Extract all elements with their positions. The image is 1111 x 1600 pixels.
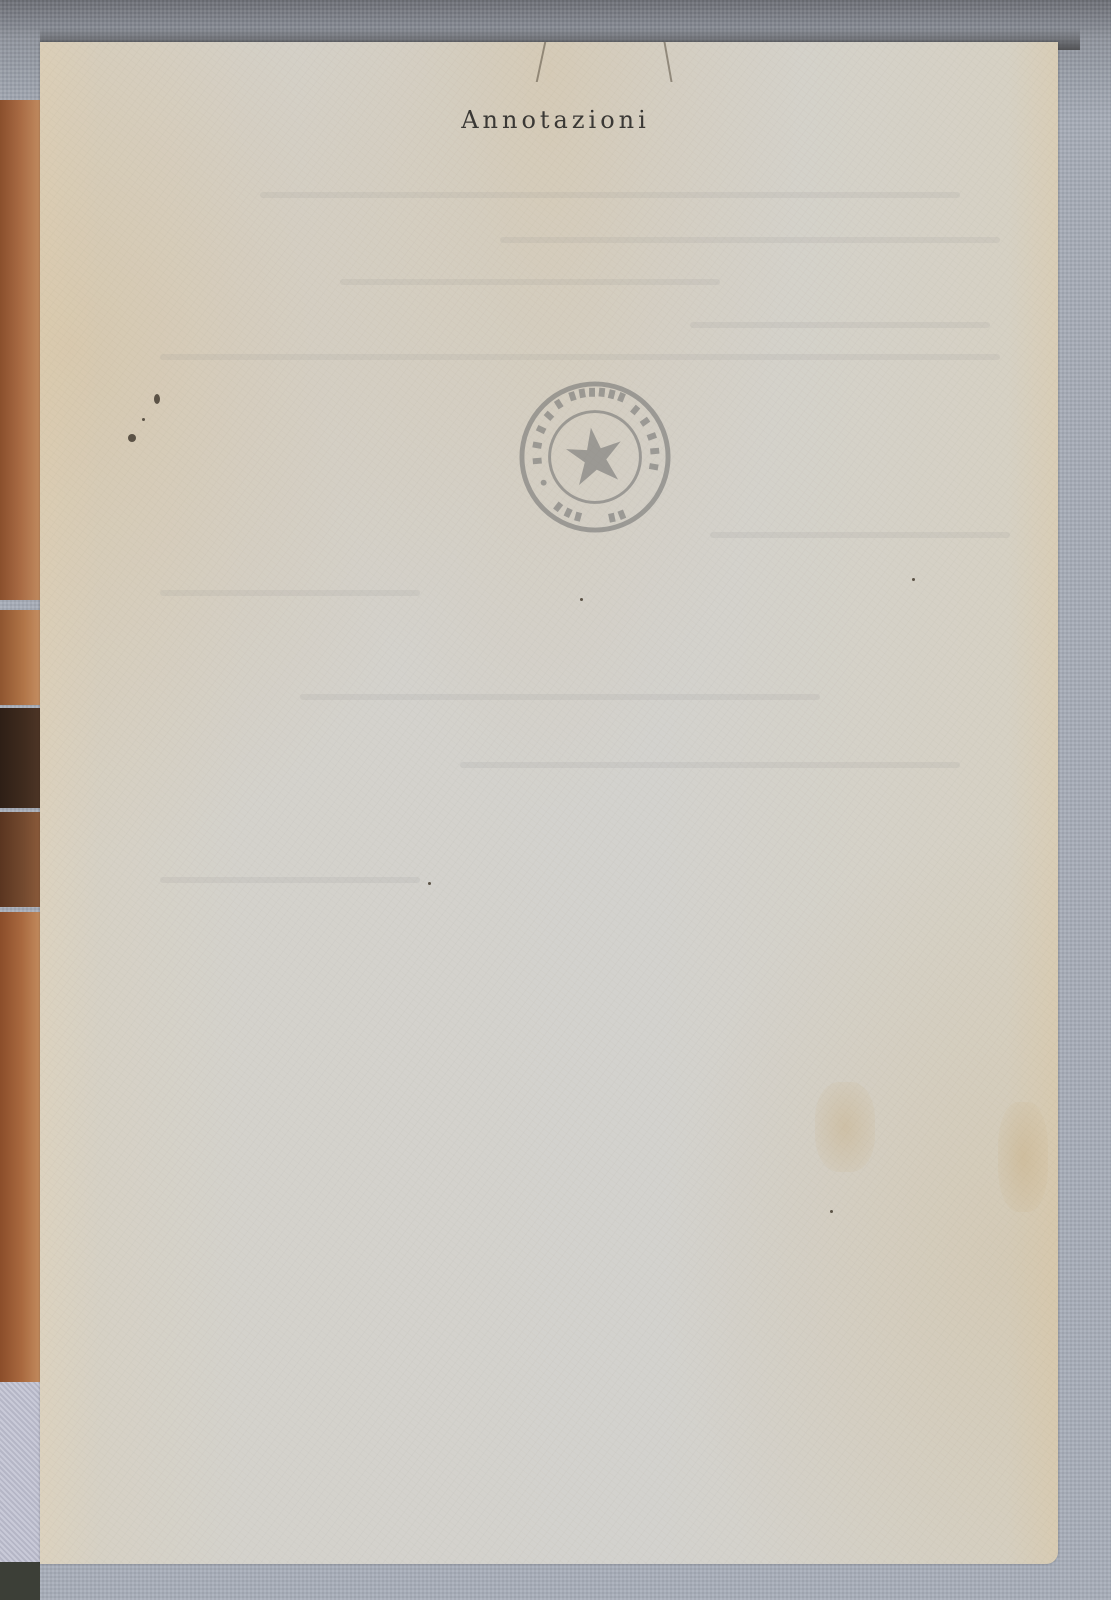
water-stain (998, 1102, 1048, 1212)
page-heading: Annotazioni (0, 106, 1111, 134)
paper-texture (40, 42, 1058, 1564)
bleed-through-line (160, 877, 420, 883)
stamp-graphic (516, 378, 674, 536)
bleed-through-line (460, 762, 960, 768)
dark-corner (0, 1562, 40, 1600)
book-spine (0, 812, 40, 907)
bleed-through-line (160, 354, 1000, 360)
bleed-through-line (340, 279, 720, 285)
bleed-through-line (260, 192, 960, 198)
bleed-through-line (710, 532, 1010, 538)
ink-speck (142, 418, 145, 421)
ink-speck (830, 1210, 833, 1213)
ink-speck (912, 578, 915, 581)
bleed-through-line (160, 590, 420, 596)
ink-speck (128, 434, 136, 442)
star-icon (563, 424, 625, 486)
circular-stamp (516, 378, 674, 536)
ink-speck (580, 598, 583, 601)
ink-speck (154, 394, 160, 404)
bleed-through-line (500, 237, 1000, 243)
water-stain (815, 1082, 875, 1172)
book-spine (0, 610, 40, 705)
ink-speck (428, 882, 431, 885)
book-spine (0, 100, 40, 600)
scanner-cloth-corner (0, 1382, 40, 1562)
book-spine (0, 912, 40, 1382)
bleed-through-line (300, 694, 820, 700)
bleed-through-line (690, 322, 990, 328)
book-spine (0, 708, 40, 808)
document-page (40, 42, 1058, 1564)
